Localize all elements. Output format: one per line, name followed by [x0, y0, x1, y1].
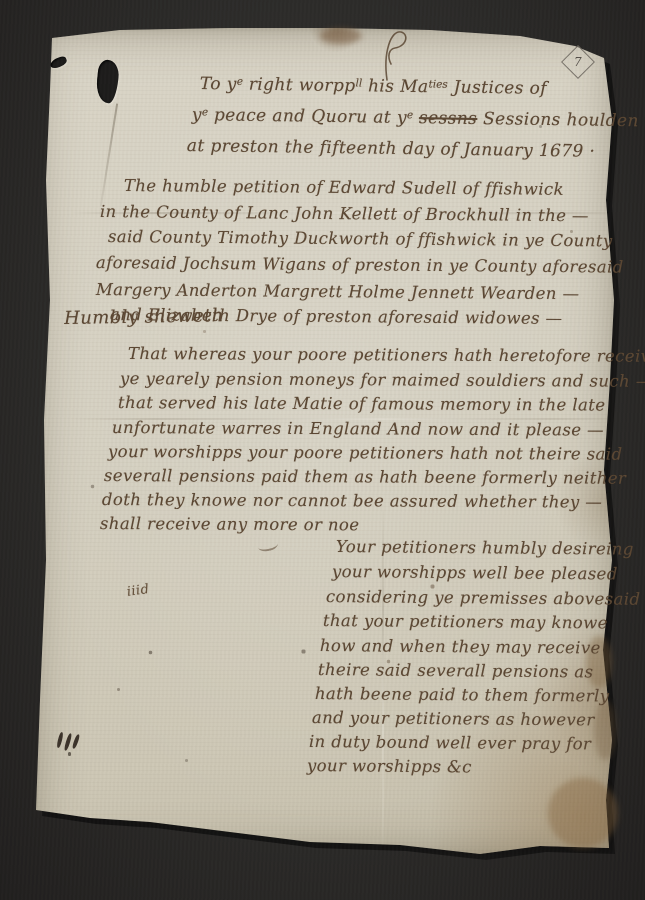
closing-line: and your petitioners as however: [312, 708, 595, 729]
closing-line: considering ye premisses abovesaid: [326, 587, 641, 609]
closing-line: theire said severall pensions as: [318, 660, 594, 681]
body-line: doth they knowe nor cannot bee assured w…: [102, 490, 602, 512]
superscript: ties: [428, 78, 447, 90]
heading-text: Justices of: [448, 77, 547, 98]
closing-line: Your petitioners humbly desireing: [336, 537, 634, 559]
body-line: severall pensions paid them as hath been…: [104, 466, 626, 488]
heading-text: his Ma: [362, 76, 429, 97]
heading-text: To y: [200, 74, 237, 95]
struck-through-word: sessns: [419, 108, 478, 129]
body-line: ye yearely pension moneys for maimed sou…: [120, 369, 645, 391]
closing-line: in duty bound well ever pray for: [309, 732, 591, 753]
ink-specks: [0, 0, 1, 1]
heading-text: right worpp: [243, 75, 356, 97]
closing-line: hath beene paid to them formerly: [315, 684, 610, 706]
closing-line: your worshipps well bee pleased: [332, 562, 618, 583]
body-line: unfortunate warres in England And now an…: [112, 418, 604, 440]
heading-text: peace and Quoru at y: [208, 105, 407, 128]
body-line: your worshipps your poore petitioners ha…: [108, 442, 623, 464]
photo-background: 7 To ye right worppll his Maties Justice…: [0, 0, 645, 900]
pen-flourish-icon: [381, 26, 415, 82]
ink-blot: [52, 728, 86, 762]
salutation: Humbly sheweth: [64, 305, 224, 329]
margin-note: iiid: [126, 582, 150, 600]
petitioners-line: The humble petition of Edward Sudell of …: [124, 176, 564, 199]
heading-text: Sessions houlden —: [477, 109, 645, 132]
closing-line: your worshipps &c: [307, 756, 472, 776]
body-line: that served his late Matie of famous mem…: [118, 393, 606, 415]
closing-line: how and when they may receive: [320, 636, 601, 657]
closing-line: that your petitioners may knowe: [323, 611, 608, 632]
folio-number: 7: [574, 55, 582, 69]
heading-text: y: [192, 105, 202, 125]
body-line: That whereas your poore petitioners hath…: [128, 344, 645, 366]
body-line: shall receive any more or noe: [100, 514, 360, 534]
